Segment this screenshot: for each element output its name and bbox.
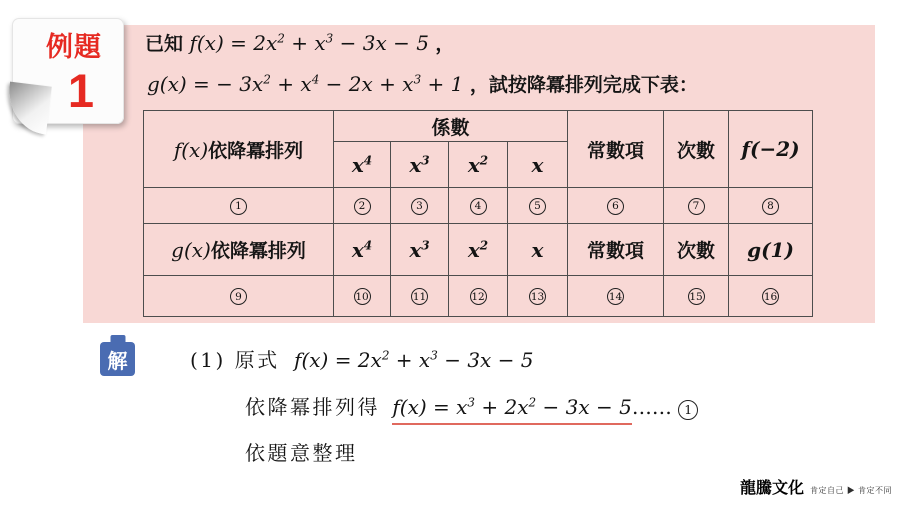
g-expression: g(x) = − 3x2 + x4 − 2x + x3 + 1 (147, 72, 463, 96)
answer-cell-4: 4 (449, 188, 508, 224)
slide: { "example_badge": { "label": "例題", "num… (0, 0, 900, 506)
solution-badge: 解 (100, 342, 135, 376)
answer-cell-12: 12 (449, 276, 508, 317)
answer-cell-9: 9 (144, 276, 334, 317)
answer-cell-14: 14 (568, 276, 664, 317)
g-header-power-x3: x3 (391, 224, 449, 276)
circled-number-14: 14 (607, 288, 624, 305)
circled-number-12: 12 (470, 288, 487, 305)
g-header-power-x4: x4 (334, 224, 391, 276)
answer-cell-8: 8 (729, 188, 813, 224)
step2-dots: …… (632, 395, 672, 419)
circled-number-1: 1 (230, 198, 247, 215)
problem-prefix: 已知 (145, 34, 183, 55)
g-header-eval: g(1) (729, 224, 813, 276)
header-g-descending: g(x)依降冪排列 (144, 224, 334, 276)
f-descending-label: 依降冪排列 (208, 141, 303, 162)
circled-number-3: 3 (411, 198, 428, 215)
answer-cell-2: 2 (334, 188, 391, 224)
step1-prefix: (1) 原式 (190, 348, 280, 372)
answer-cell-16: 16 (729, 276, 813, 317)
answer-cell-10: 10 (334, 276, 391, 317)
header-f-descending: f(x)依降冪排列 (144, 111, 334, 188)
answer-cell-6: 6 (568, 188, 664, 224)
circled-number-2: 2 (354, 198, 371, 215)
header-power-x: x (508, 142, 568, 188)
header-power-x2: x2 (449, 142, 508, 188)
g-header-constant-term: 常數項 (568, 224, 664, 276)
g-of-x-label: g(x) (171, 238, 211, 262)
circled-number-4: 4 (470, 198, 487, 215)
header-constant-term: 常數項 (568, 111, 664, 188)
circled-number-9: 9 (230, 288, 247, 305)
step2-prefix: 依降冪排列得 (245, 395, 380, 419)
answer-cell-7: 7 (664, 188, 729, 224)
circled-number-10: 10 (354, 288, 371, 305)
example-badge: 例題 1 (12, 18, 124, 124)
problem-instruction: ，試按降冪排列完成下表： (470, 75, 698, 96)
solution-badge-tab (110, 335, 125, 345)
solution-step-1: (1) 原式 f(x) = 2x2 + x3 − 3x − 5 (190, 344, 534, 373)
circled-number-5: 5 (529, 198, 546, 215)
header-f-eval: f(−2) (729, 111, 813, 188)
publisher-footer: 龍騰文化 肯定自己 ▶ 肯定不同 (740, 475, 892, 498)
problem-line-1: 已知 f(x) = 2x2 + x3 − 3x − 5 ， (145, 29, 454, 56)
header-power-x4: x4 (334, 142, 391, 188)
polynomial-table: f(x)依降冪排列 係數 常數項 次數 f(−2) x4 x3 x2 x 1 2… (143, 110, 813, 317)
header-degree: 次數 (664, 111, 729, 188)
g-header-power-x: x (508, 224, 568, 276)
step2-reference-number: 1 (678, 400, 698, 420)
answer-cell-11: 11 (391, 276, 449, 317)
header-coefficients: 係數 (334, 111, 568, 142)
solution-step-3: 依題意整理 (245, 437, 358, 466)
example-badge-label: 例題 (12, 18, 124, 61)
solution-step-2: 依降冪排列得 f(x) = x3 + 2x2 − 3x − 5…… 1 (245, 391, 698, 420)
header-power-x3: x3 (391, 142, 449, 188)
answer-cell-15: 15 (664, 276, 729, 317)
f-expression: f(x) = 2x2 + x3 − 3x − 5 (189, 31, 429, 55)
g-header-power-x2: x2 (449, 224, 508, 276)
problem-comma: ， (435, 34, 454, 55)
answer-cell-5: 5 (508, 188, 568, 224)
answer-cell-1: 1 (144, 188, 334, 224)
circled-number-8: 8 (762, 198, 779, 215)
solution-badge-label: 解 (108, 345, 128, 374)
f-of-x-label: f(x) (174, 138, 208, 162)
g-descending-label: 依降冪排列 (211, 241, 306, 262)
circled-number-7: 7 (688, 198, 705, 215)
answer-cell-3: 3 (391, 188, 449, 224)
circled-number-11: 11 (411, 288, 428, 305)
g-header-degree: 次數 (664, 224, 729, 276)
step1-math: f(x) = 2x2 + x3 − 3x − 5 (294, 348, 534, 372)
circled-number-16: 16 (762, 288, 779, 305)
publisher-slogan: 肯定自己 ▶ 肯定不同 (810, 485, 892, 496)
answer-cell-13: 13 (508, 276, 568, 317)
publisher-brand: 龍騰文化 (740, 475, 804, 498)
step3-text: 依題意整理 (245, 441, 358, 465)
step2-math: f(x) = x3 + 2x2 − 3x − 5 (392, 395, 632, 425)
circled-number-6: 6 (607, 198, 624, 215)
circled-number-15: 15 (688, 288, 705, 305)
problem-line-2: g(x) = − 3x2 + x4 − 2x + x3 + 1 ，試按降冪排列完… (145, 70, 698, 97)
circled-number-13: 13 (529, 288, 546, 305)
